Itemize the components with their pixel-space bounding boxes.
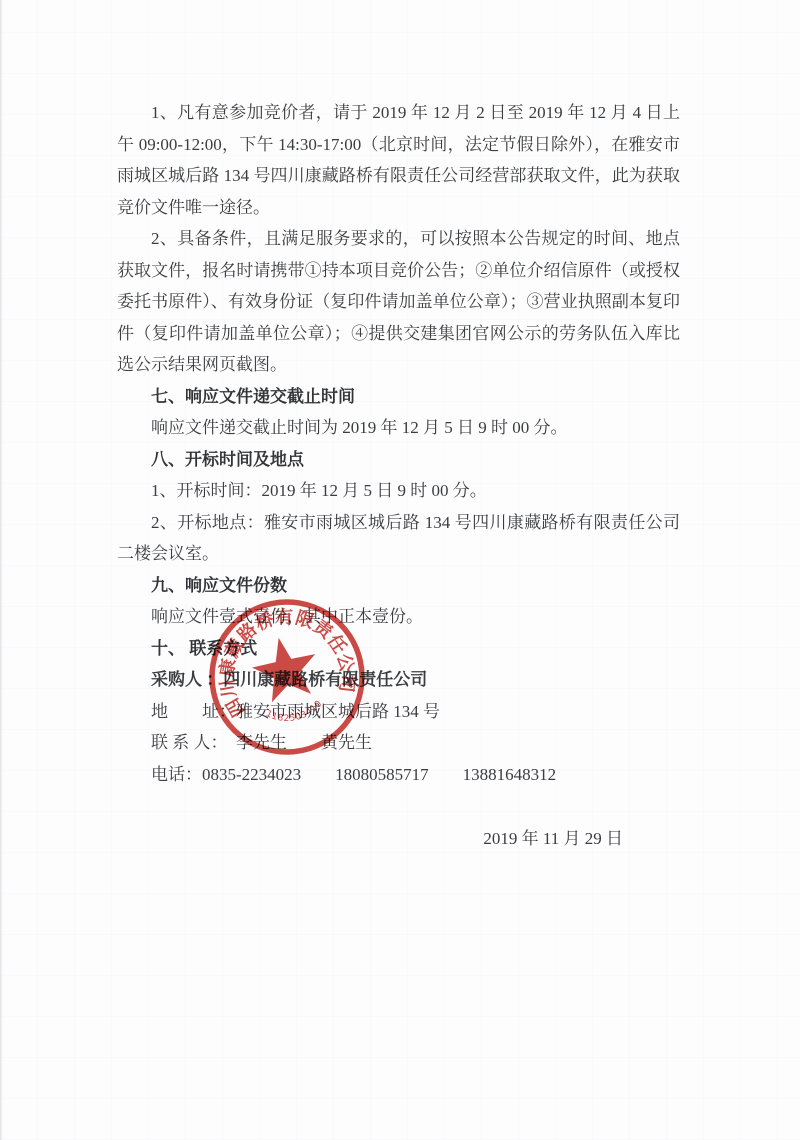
contact-persons: 联 系 人： 李先生 黄先生 (117, 727, 680, 759)
document-body: 1、凡有意参加竞价者，请于 2019 年 12 月 2 日至 2019 年 12… (117, 97, 680, 855)
contact-address: 地 址：雅安市雨城区城后路 134 号 (117, 696, 680, 728)
paragraph-opening-time: 1、开标时间：2019 年 12 月 5 日 9 时 00 分。 (117, 475, 680, 507)
heading-section-9-copies: 九、响应文件份数 (117, 570, 680, 602)
paragraph-document-copies: 响应文件壹式壹份，其中正本壹份。 (117, 601, 680, 633)
heading-section-8-opening: 八、开标时间及地点 (117, 444, 680, 476)
paragraph-opening-location: 2、开标地点：雅安市雨城区城后路 134 号四川康藏路桥有限责任公司二楼会议室。 (117, 507, 680, 570)
contact-phones: 电话：0835-2234023 18080585717 13881648312 (117, 759, 680, 791)
heading-section-7-deadline: 七、响应文件递交截止时间 (117, 381, 680, 413)
paragraph-bid-registration: 1、凡有意参加竞价者，请于 2019 年 12 月 2 日至 2019 年 12… (117, 97, 680, 223)
document-date: 2019 年 11 月 29 日 (117, 823, 680, 855)
document-page: 1、凡有意参加竞价者，请于 2019 年 12 月 2 日至 2019 年 12… (0, 0, 800, 1140)
paragraph-required-materials: 2、具备条件，且满足服务要求的，可以按照本公告规定的时间、地点获取文件，报名时请… (117, 223, 680, 381)
contact-purchaser: 采购人 ：四川康藏路桥有限责任公司 (117, 664, 680, 696)
heading-section-10-contact: 十、 联系方式 (117, 633, 680, 665)
paragraph-submission-deadline: 响应文件递交截止时间为 2019 年 12 月 5 日 9 时 00 分。 (117, 412, 680, 444)
